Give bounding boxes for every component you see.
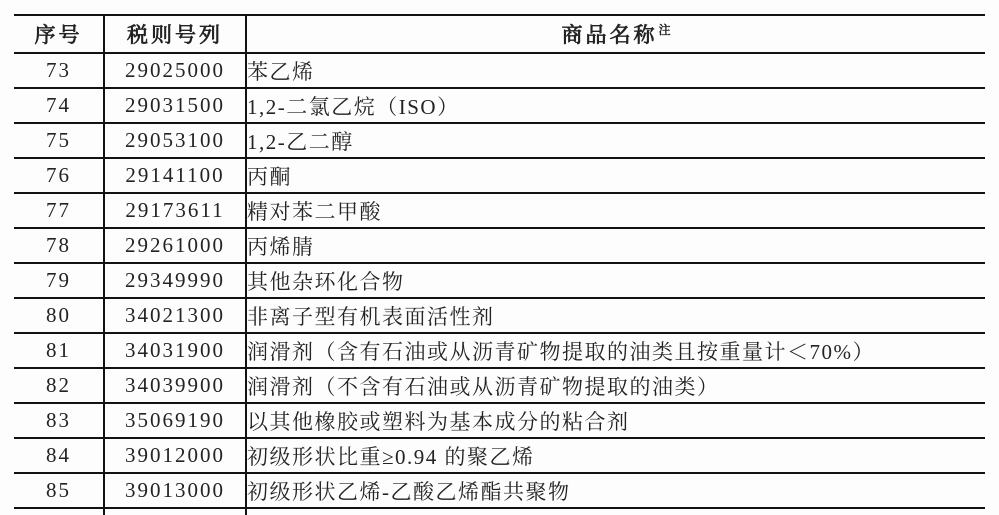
row-index-cell: 74 bbox=[14, 88, 104, 123]
table-row: 82 34039900 润滑剂（不含有石油或从沥青矿物提取的油类） bbox=[14, 368, 985, 403]
row-code-cell: 35069190 bbox=[104, 403, 246, 438]
row-name-cell: 润滑剂（含有石油或从沥青矿物提取的油类且按重量计＜70%） bbox=[246, 333, 985, 368]
row-index-cell: 85 bbox=[14, 473, 104, 508]
table-row: 84 39012000 初级形状比重≥0.94 的聚乙烯 bbox=[14, 438, 985, 473]
table-row: 83 35069190 以其他橡胶或塑料为基本成分的粘合剂 bbox=[14, 403, 985, 438]
document-page: 序号 税则号列 商品名称注 73 29025000 苯乙烯 74 2903150… bbox=[0, 0, 999, 515]
row-code-cell: 29261000 bbox=[104, 228, 246, 263]
row-index-cell: 75 bbox=[14, 123, 104, 158]
row-name-cell: 润滑剂（不含有石油或从沥青矿物提取的油类） bbox=[246, 368, 985, 403]
row-index-cell: 80 bbox=[14, 298, 104, 333]
table-row: 81 34031900 润滑剂（含有石油或从沥青矿物提取的油类且按重量计＜70%… bbox=[14, 333, 985, 368]
row-code-cell: 39013000 bbox=[104, 473, 246, 508]
table-row: 73 29025000 苯乙烯 bbox=[14, 53, 985, 88]
cutoff-row bbox=[14, 508, 985, 515]
table-header-row: 序号 税则号列 商品名称注 bbox=[14, 15, 985, 53]
table-row: 85 39013000 初级形状乙烯-乙酸乙烯酯共聚物 bbox=[14, 473, 985, 508]
row-name-cell: 以其他橡胶或塑料为基本成分的粘合剂 bbox=[246, 403, 985, 438]
row-code-cell: 29053100 bbox=[104, 123, 246, 158]
table-row: 76 29141100 丙酮 bbox=[14, 158, 985, 193]
row-index-cell: 82 bbox=[14, 368, 104, 403]
row-code-cell: 34021300 bbox=[104, 298, 246, 333]
row-code-cell: 34039900 bbox=[104, 368, 246, 403]
row-name-cell: 丙酮 bbox=[246, 158, 985, 193]
row-name-cell: 其他杂环化合物 bbox=[246, 263, 985, 298]
row-index-cell: 84 bbox=[14, 438, 104, 473]
row-index-cell: 73 bbox=[14, 53, 104, 88]
table-row: 80 34021300 非离子型有机表面活性剂 bbox=[14, 298, 985, 333]
column-header-code-label: 税则号列 bbox=[127, 23, 223, 47]
note-superscript: 注 bbox=[658, 23, 670, 37]
row-name-cell: 非离子型有机表面活性剂 bbox=[246, 298, 985, 333]
row-name-cell: 精对苯二甲酸 bbox=[246, 193, 985, 228]
row-name-cell: 初级形状乙烯-乙酸乙烯酯共聚物 bbox=[246, 473, 985, 508]
row-name-cell: 1,2-乙二醇 bbox=[246, 123, 985, 158]
column-header-code: 税则号列 bbox=[104, 15, 246, 53]
row-index-cell: 77 bbox=[14, 193, 104, 228]
row-index-cell: 76 bbox=[14, 158, 104, 193]
row-code-cell: 29173611 bbox=[104, 193, 246, 228]
row-index-cell: 79 bbox=[14, 263, 104, 298]
row-code-cell: 39012000 bbox=[104, 438, 246, 473]
table-row: 79 29349990 其他杂环化合物 bbox=[14, 263, 985, 298]
row-index-cell: 83 bbox=[14, 403, 104, 438]
column-header-name: 商品名称注 bbox=[246, 15, 985, 53]
table-row: 77 29173611 精对苯二甲酸 bbox=[14, 193, 985, 228]
row-code-cell: 29025000 bbox=[104, 53, 246, 88]
row-name-cell: 苯乙烯 bbox=[246, 53, 985, 88]
table-row: 75 29053100 1,2-乙二醇 bbox=[14, 123, 985, 158]
row-code-cell: 29031500 bbox=[104, 88, 246, 123]
row-code-cell: 29349990 bbox=[104, 263, 246, 298]
row-code-cell: 34031900 bbox=[104, 333, 246, 368]
row-index-cell: 81 bbox=[14, 333, 104, 368]
column-header-name-label: 商品名称 bbox=[561, 23, 657, 47]
column-header-index-label: 序号 bbox=[35, 23, 83, 47]
row-name-cell: 丙烯腈 bbox=[246, 228, 985, 263]
tariff-table: 序号 税则号列 商品名称注 73 29025000 苯乙烯 74 2903150… bbox=[14, 14, 985, 515]
row-name-cell: 初级形状比重≥0.94 的聚乙烯 bbox=[246, 438, 985, 473]
row-code-cell: 29141100 bbox=[104, 158, 246, 193]
column-header-index: 序号 bbox=[14, 15, 104, 53]
row-name-cell: 1,2-二氯乙烷（ISO） bbox=[246, 88, 985, 123]
row-index-cell: 78 bbox=[14, 228, 104, 263]
table-row: 74 29031500 1,2-二氯乙烷（ISO） bbox=[14, 88, 985, 123]
table-row: 78 29261000 丙烯腈 bbox=[14, 228, 985, 263]
